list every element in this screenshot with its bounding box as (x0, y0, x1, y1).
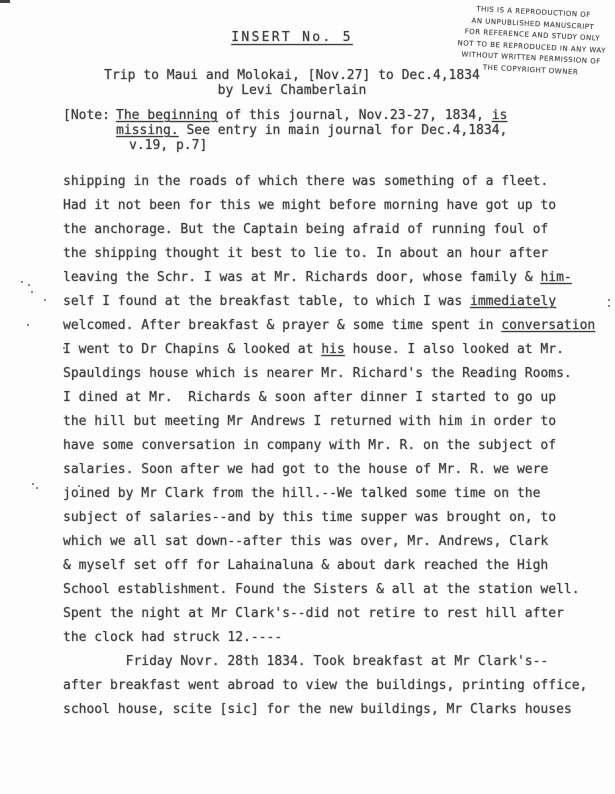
journal-line: Friday Novr. 28th 1834. Took breakfast a… (63, 650, 595, 674)
journal-line: & myself set off for Lahainaluna & about… (63, 554, 595, 578)
journal-line: joined by Mr Clark from the hill.--We ta… (63, 482, 595, 506)
journal-line: I went to Dr Chapins & looked at his hou… (63, 338, 595, 362)
journal-line: the clock had struck 12.---- (63, 626, 595, 650)
journal-line: subject of salaries--and by this time su… (63, 506, 595, 530)
manuscript-page: THIS IS A REPRODUCTION OFAN UNPUBLISHED … (0, 0, 615, 794)
scan-edge-mark (0, 0, 10, 3)
insert-heading: INSERT No. 5 (0, 30, 584, 45)
journal-line: self I found at the breakfast table, to … (63, 290, 595, 314)
note-label: [Note: (63, 108, 110, 123)
journal-line: the anchorage. But the Captain being afr… (63, 218, 595, 242)
journal-line: the hill but meeting Mr Andrews I return… (63, 410, 595, 434)
note-line: The beginning of this journal, Nov.23-27… (116, 108, 507, 123)
journal-line: I dined at Mr. Richards & soon after din… (63, 386, 595, 410)
note-text: The beginning of this journal, Nov.23-27… (116, 108, 507, 153)
document-author: by Levi Chamberlain (0, 83, 584, 98)
note-line: v.19, p.7] (129, 138, 507, 153)
scan-speckle (27, 324, 29, 326)
note-line: missing. See entry in main journal for D… (116, 123, 507, 138)
scan-speckle (63, 347, 65, 349)
document-title: Trip to Maui and Molokai, [Nov.27] to De… (0, 68, 584, 83)
journal-line: leaving the Schr. I was at Mr. Richards … (63, 266, 595, 290)
scan-speckle (31, 291, 33, 293)
journal-line: school house, scite [sic] for the new bu… (63, 698, 595, 722)
journal-line: School establishment. Found the Sisters … (63, 578, 595, 602)
journal-line: Had it not been for this we might before… (63, 194, 595, 218)
scan-speckle (608, 299, 610, 301)
journal-line: Spauldings house which is nearer Mr. Ric… (63, 362, 595, 386)
journal-body-text: shipping in the roads of which there was… (63, 170, 595, 722)
journal-line: shipping in the roads of which there was… (63, 170, 595, 194)
journal-line: which we all sat down--after this was ov… (63, 530, 595, 554)
scan-speckle (608, 305, 610, 307)
journal-line: after breakfast went abroad to view the … (63, 674, 595, 698)
journal-line: welcomed. After breakfast & prayer & som… (63, 314, 595, 338)
journal-line: Spent the night at Mr Clark's--did not r… (63, 602, 595, 626)
scan-speckle (36, 487, 38, 489)
journal-line: have some conversation in company with M… (63, 434, 595, 458)
scan-speckle (28, 284, 30, 286)
scan-speckle (21, 281, 23, 283)
journal-line: salaries. Soon after we had got to the h… (63, 458, 595, 482)
scan-speckle (32, 483, 34, 485)
scan-speckle (78, 485, 80, 487)
scan-speckle (44, 299, 46, 301)
insert-heading-text: INSERT No. 5 (231, 30, 353, 45)
journal-line: the shipping thought it best to lie to. … (63, 242, 595, 266)
